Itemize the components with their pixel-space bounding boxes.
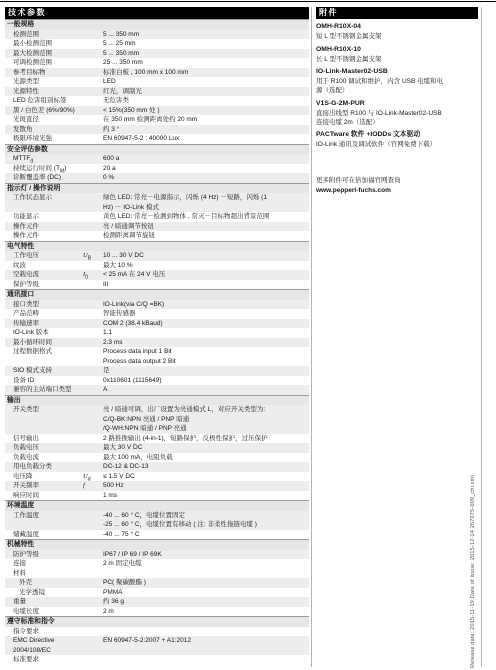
spec-row: 操作元件检测距离调节旋钮 bbox=[5, 231, 309, 241]
spec-value: 标准白板 , 100 mm x 100 mm bbox=[103, 68, 309, 78]
spec-section-header: 输出 bbox=[5, 395, 309, 406]
spec-symbol: I0 bbox=[83, 270, 103, 280]
spec-symbol bbox=[83, 578, 103, 588]
accessory-code: V1S-G-2M-PUR bbox=[316, 99, 478, 109]
right-edge-line bbox=[481, 7, 482, 667]
column-divider-line bbox=[311, 7, 312, 667]
accessory-code: PACTware 软件 +IODDs 文本驱动 bbox=[316, 130, 478, 140]
spec-row: MTTFd600 a bbox=[5, 154, 309, 164]
spec-label: 连接 bbox=[5, 559, 83, 569]
spec-row: LED 危害组别标签无危害类 bbox=[5, 96, 309, 106]
spec-label: 最小循环时间 bbox=[5, 338, 83, 348]
spec-symbol bbox=[83, 77, 103, 87]
spec-label: 工作电压 bbox=[5, 251, 83, 261]
spec-row: 响应时间1 ms bbox=[5, 491, 309, 501]
spec-label: EMC Directive 2004/108/EC bbox=[5, 636, 83, 655]
spec-label: 防护等级 bbox=[5, 550, 83, 560]
spec-value: 最大 100 mA，电阻负载 bbox=[103, 453, 309, 463]
spec-value: 0x110601 (1115649) bbox=[103, 376, 309, 386]
spec-symbol bbox=[83, 550, 103, 560]
accessories-footer: 更多附件可在倍加福官网查询 www.pepperl-fuchs.com bbox=[316, 176, 478, 196]
accessory-description: 用于 R100 调试和维护，内含 USB 电缆和电 bbox=[316, 77, 478, 86]
spec-value: COM 2 (38.4 kBaud) bbox=[103, 319, 309, 329]
spec-value: 亮 / 暗通调节按钮 bbox=[103, 222, 309, 232]
spec-row: 重量约 36 g bbox=[5, 597, 309, 607]
spec-row: 最小检测范围5 ... 25 mm bbox=[5, 39, 309, 49]
spec-label: 信号输出 bbox=[5, 434, 83, 444]
spec-label: 功能显示 bbox=[5, 212, 83, 222]
spec-label: 参考目标物 bbox=[5, 68, 83, 78]
spec-label: 用电负载分类 bbox=[5, 462, 83, 472]
spec-label: 负载电压 bbox=[5, 443, 83, 453]
spec-value: 2 路推挽输出 (4-in-1)，短路保护，反极性保护，过压保护 bbox=[103, 434, 309, 444]
spec-row: 光学透镜PMMA bbox=[5, 588, 309, 598]
accessory-code: OMH-R10X-04 bbox=[316, 22, 478, 32]
spec-label: 材料 bbox=[5, 569, 83, 579]
spec-value: 600 a bbox=[103, 154, 309, 164]
spec-row: 持续运行时间 (TM)20 a bbox=[5, 164, 309, 174]
spec-symbol bbox=[83, 125, 103, 135]
spec-row: 设备 ID0x110601 (1115649) bbox=[5, 376, 309, 386]
spec-value: 绿色 LED: 常亮－电源指示，闪烁 (4 Hz) －短路，闪烁 (1Hz) －… bbox=[103, 193, 309, 212]
spec-label: 纹波 bbox=[5, 261, 83, 271]
spec-value: 1.1 bbox=[103, 328, 309, 338]
spec-row: 开关类型亮 / 暗通可调，出厂设置为亮通模式 L，对应开关类型为:C/Q-BK:… bbox=[5, 405, 309, 434]
spec-value: 5 ... 25 mm bbox=[103, 39, 309, 49]
spec-value: ≤ 1.5 V DC bbox=[103, 472, 309, 482]
spec-value: LED bbox=[103, 77, 309, 87]
spec-symbol bbox=[83, 222, 103, 232]
tech-table: 一般规格检测范围5 ... 350 mm最小检测范围5 ... 25 mm最大检… bbox=[5, 19, 309, 665]
spec-value: III bbox=[103, 280, 309, 290]
accessory-description: 短 L 型不锈钢金属支架 bbox=[316, 32, 478, 41]
spec-value: 10 ... 30 V DC bbox=[103, 251, 309, 261]
spec-symbol bbox=[83, 491, 103, 501]
spec-row: 工作温度-40 ... 60 ° C，电缆位置固定-25 ... 60 ° C，… bbox=[5, 511, 309, 530]
spec-symbol bbox=[83, 597, 103, 607]
spec-symbol bbox=[83, 347, 103, 366]
accessories-list: OMH-R10X-04短 L 型不锈钢金属支架OMH-R10X-10长 L 型不… bbox=[316, 22, 478, 149]
spec-row: 储藏温度-40 ... 75 ° C bbox=[5, 530, 309, 540]
spec-value: < 15%(350 mm 处 ) bbox=[103, 106, 309, 116]
spec-symbol bbox=[83, 231, 103, 241]
spec-label: 工作状态显示 bbox=[5, 193, 83, 212]
spec-label: 检测范围 bbox=[5, 30, 83, 40]
spec-label: 产品范畴 bbox=[5, 309, 83, 319]
spec-label: 外壳 bbox=[5, 578, 83, 588]
spec-symbol bbox=[83, 58, 103, 68]
spec-row: 发散角约 3 ° bbox=[5, 125, 309, 135]
spec-symbol bbox=[83, 300, 103, 310]
spec-symbol bbox=[83, 49, 103, 59]
pepperl-fuchs-link[interactable]: www.pepperl-fuchs.com bbox=[316, 186, 478, 196]
spec-symbol bbox=[83, 261, 103, 271]
spec-label: 接口类型 bbox=[5, 300, 83, 310]
spec-row: 可调检测范围25 ... 350 mm bbox=[5, 58, 309, 68]
top-rule bbox=[0, 1, 496, 2]
accessory-description: 源（选配） bbox=[316, 86, 478, 95]
spec-value: 2 m bbox=[103, 607, 309, 617]
spec-value: PC( 聚碳酸酯 ) bbox=[103, 578, 309, 588]
spec-section-header: 电气特性 bbox=[5, 241, 309, 252]
spec-symbol bbox=[83, 511, 103, 530]
spec-symbol bbox=[83, 30, 103, 40]
spec-row: 过程数据格式Process data input 1 BitProcess da… bbox=[5, 347, 309, 366]
spec-value: 智能传感器 bbox=[103, 309, 309, 319]
spec-label: 可调检测范围 bbox=[5, 58, 83, 68]
spec-symbol bbox=[83, 636, 103, 655]
spec-row: EMC Directive 2004/108/ECEN 60947-5-2:20… bbox=[5, 636, 309, 655]
spec-section-header: 机械特性 bbox=[5, 539, 309, 550]
spec-label: 电缆长度 bbox=[5, 607, 83, 617]
spec-value: 2.3 ms bbox=[103, 338, 309, 348]
spec-row: 外壳PC( 聚碳酸酯 ) bbox=[5, 578, 309, 588]
spec-row: 材料 bbox=[5, 569, 309, 579]
spec-symbol bbox=[83, 366, 103, 376]
spec-row: 负载电流最大 100 mA，电阻负载 bbox=[5, 453, 309, 463]
spec-symbol: f bbox=[83, 481, 103, 491]
spec-symbol bbox=[83, 134, 103, 144]
spec-label: SIO 模式支持 bbox=[5, 366, 83, 376]
spec-value: 25 ... 350 mm bbox=[103, 58, 309, 68]
spec-row: 操作元件亮 / 暗通调节按钮 bbox=[5, 222, 309, 232]
spec-value bbox=[103, 627, 309, 637]
spec-row: 工作电压UB10 ... 30 V DC bbox=[5, 251, 309, 261]
spec-label: 最小检测范围 bbox=[5, 39, 83, 49]
spec-symbol bbox=[83, 530, 103, 540]
spec-value: -40 ... 75 ° C bbox=[103, 530, 309, 540]
spec-label: 设备 ID bbox=[5, 376, 83, 386]
spec-value: PMMA bbox=[103, 588, 309, 598]
spec-label: 光源特性 bbox=[5, 87, 83, 97]
spec-label: 工作温度 bbox=[5, 511, 83, 530]
spec-row: 光源特性红光，调制光 bbox=[5, 87, 309, 97]
spec-value: 2 m 固定电缆 bbox=[103, 559, 309, 569]
spec-symbol bbox=[83, 338, 103, 348]
spec-label: 操作元件 bbox=[5, 222, 83, 232]
spec-value: -40 ... 60 ° C，电缆位置固定-25 ... 60 ° C，电缆位置… bbox=[103, 511, 309, 530]
spec-row: 光斑直径在 350 mm 检测距离处约 20 mm bbox=[5, 115, 309, 125]
spec-label: 标准要求 bbox=[5, 655, 83, 665]
spec-row: 功能显示黄色 LED: 常亮－检测到物体 , 常灭－目标物超出背景范围 bbox=[5, 212, 309, 222]
spec-symbol bbox=[83, 115, 103, 125]
spec-row: 最大检测范围5 ... 350 mm bbox=[5, 49, 309, 59]
spec-symbol bbox=[83, 96, 103, 106]
spec-label: 光学透镜 bbox=[5, 588, 83, 598]
spec-row: 黑 / 白色差 (6%/90%)< 15%(350 mm 处 ) bbox=[5, 106, 309, 116]
spec-symbol bbox=[83, 68, 103, 78]
datasheet-page: 技术参数 一般规格检测范围5 ... 350 mm最小检测范围5 ... 25 … bbox=[0, 0, 496, 670]
spec-symbol bbox=[83, 87, 103, 97]
spec-row: 接口类型IO-Link(via C/Q =BK) bbox=[5, 300, 309, 310]
spec-value: 无危害类 bbox=[103, 96, 309, 106]
spec-value: < 25 mA 在 24 V 电压 bbox=[103, 270, 309, 280]
spec-symbol bbox=[83, 462, 103, 472]
spec-row: 空载电流I0< 25 mA 在 24 V 电压 bbox=[5, 270, 309, 280]
accessory-item: PACTware 软件 +IODDs 文本驱动IO-Link 通讯及调试软件（官… bbox=[316, 130, 478, 149]
spec-row: 传输速率COM 2 (38.4 kBaud) bbox=[5, 319, 309, 329]
accessory-description: 长 L 型不锈钢金属支架 bbox=[316, 55, 478, 64]
spec-label: 黑 / 白色差 (6%/90%) bbox=[5, 106, 83, 116]
spec-value: 20 a bbox=[103, 164, 309, 174]
spec-row: 开关频率f500 Hz bbox=[5, 481, 309, 491]
spec-symbol bbox=[83, 453, 103, 463]
spec-label: 光斑直径 bbox=[5, 115, 83, 125]
spec-symbol bbox=[83, 443, 103, 453]
accessory-description: 连接电缆 2m（选配） bbox=[316, 118, 478, 127]
spec-symbol bbox=[83, 376, 103, 386]
spec-row: 电压降Ud≤ 1.5 V DC bbox=[5, 472, 309, 482]
spec-symbol bbox=[83, 405, 103, 434]
spec-label: 电压降 bbox=[5, 472, 83, 482]
spec-value: 约 3 ° bbox=[103, 125, 309, 135]
spec-value: 黄色 LED: 常亮－检测到物体 , 常灭－目标物超出背景范围 bbox=[103, 212, 309, 222]
accessory-item: IO-Link-Master02-USB用于 R100 调试和维护，内含 USB… bbox=[316, 67, 478, 95]
spec-row: 工作状态显示绿色 LED: 常亮－电源指示，闪烁 (4 Hz) －短路，闪烁 (… bbox=[5, 193, 309, 212]
spec-value: 红光，调制光 bbox=[103, 87, 309, 97]
accessory-description: 直接出线型 R100 与 IO-Link-Master02-USB bbox=[316, 109, 478, 118]
spec-symbol bbox=[83, 385, 103, 395]
spec-label: 最大检测范围 bbox=[5, 49, 83, 59]
spec-label: 过程数据格式 bbox=[5, 347, 83, 366]
accessories-title: 附件 bbox=[316, 7, 478, 19]
spec-section-header: 通讯接口 bbox=[5, 289, 309, 300]
spec-section-header: 指示灯 / 操作说明 bbox=[5, 183, 309, 194]
accessory-description: IO-Link 通讯及调试软件（官网免费下载） bbox=[316, 140, 478, 149]
accessories-column: 附件 OMH-R10X-04短 L 型不锈钢金属支架OMH-R10X-10长 L… bbox=[316, 7, 478, 196]
spec-symbol bbox=[83, 154, 103, 164]
spec-label: 极限环境光强 bbox=[5, 134, 83, 144]
spec-label: 响应时间 bbox=[5, 491, 83, 501]
spec-label: 传输速率 bbox=[5, 319, 83, 329]
spec-symbol bbox=[83, 280, 103, 290]
spec-label: 负载电流 bbox=[5, 453, 83, 463]
spec-value: 亮 / 暗通可调，出厂设置为亮通模式 L，对应开关类型为:C/Q-BK:NPN … bbox=[103, 405, 309, 434]
spec-row: 用电负载分类DC-12 & DC-13 bbox=[5, 462, 309, 472]
spec-row: 信号输出2 路推挽输出 (4-in-1)，短路保护，反极性保护，过压保护 bbox=[5, 434, 309, 444]
spec-value: Process data input 1 BitProcess data out… bbox=[103, 347, 309, 366]
spec-label: 持续运行时间 (TM) bbox=[5, 164, 83, 174]
spec-value: 约 36 g bbox=[103, 597, 309, 607]
spec-section-header: 一般规格 bbox=[5, 19, 309, 30]
spec-value: 检测距离调节旋钮 bbox=[103, 231, 309, 241]
spec-symbol bbox=[83, 212, 103, 222]
spec-symbol bbox=[83, 328, 103, 338]
spec-row: 产品范畴智能传感器 bbox=[5, 309, 309, 319]
spec-value: 1 ms bbox=[103, 491, 309, 501]
spec-row: 标准要求 bbox=[5, 655, 309, 665]
accessory-code: OMH-R10X-10 bbox=[316, 45, 478, 55]
spec-symbol: UB bbox=[83, 251, 103, 261]
spec-row: 纹波最大 10 % bbox=[5, 261, 309, 271]
spec-label: 开关频率 bbox=[5, 481, 83, 491]
spec-label: 操作元件 bbox=[5, 231, 83, 241]
spec-symbol bbox=[83, 655, 103, 665]
spec-symbol bbox=[83, 309, 103, 319]
spec-value: IP67 / IP 69 / IP 69K bbox=[103, 550, 309, 560]
spec-value: A bbox=[103, 385, 309, 395]
spec-label: IO-Link 版本 bbox=[5, 328, 83, 338]
spec-symbol bbox=[83, 434, 103, 444]
spec-label: 保护等级 bbox=[5, 280, 83, 290]
spec-row: 防护等级IP67 / IP 69 / IP 69K bbox=[5, 550, 309, 560]
spec-row: 保护等级III bbox=[5, 280, 309, 290]
technical-parameters-title: 技术参数 bbox=[5, 7, 309, 19]
spec-value: EN 60947-5-2 : 40000 Lux bbox=[103, 134, 309, 144]
spec-value: 最大 10 % bbox=[103, 261, 309, 271]
spec-label: 光源类型 bbox=[5, 77, 83, 87]
spec-symbol bbox=[83, 627, 103, 637]
more-accessories-note: 更多附件可在倍加福官网查询 bbox=[316, 176, 478, 186]
spec-symbol bbox=[83, 164, 103, 174]
spec-value: 0 % bbox=[103, 173, 309, 183]
spec-value: 500 Hz bbox=[103, 481, 309, 491]
spec-symbol bbox=[83, 569, 103, 579]
spec-value: 最大 30 V DC bbox=[103, 443, 309, 453]
spec-value: 在 350 mm 检测距离处约 20 mm bbox=[103, 115, 309, 125]
spec-label: 指令要求 bbox=[5, 627, 83, 637]
accessory-code: IO-Link-Master02-USB bbox=[316, 67, 478, 77]
spec-label: MTTFd bbox=[5, 154, 83, 164]
spec-value: EN 60947-5-2:2007 + A1:2012 bbox=[103, 636, 309, 655]
spec-section-header: 遵守标准和指令 bbox=[5, 616, 309, 627]
spec-label: LED 危害组别标签 bbox=[5, 96, 83, 106]
spec-symbol bbox=[83, 319, 103, 329]
spec-row: 参考目标物标准白板 , 100 mm x 100 mm bbox=[5, 68, 309, 78]
spec-row: 指令要求 bbox=[5, 627, 309, 637]
spec-symbol bbox=[83, 39, 103, 49]
spec-row: 诊断覆盖率 (DC)0 % bbox=[5, 173, 309, 183]
spec-symbol bbox=[83, 607, 103, 617]
spec-value: DC-12 & DC-13 bbox=[103, 462, 309, 472]
spec-row: 电缆长度2 m bbox=[5, 607, 309, 617]
spec-value bbox=[103, 569, 309, 579]
spec-label: 重量 bbox=[5, 597, 83, 607]
spec-label: 兼容的主站端口类型 bbox=[5, 385, 83, 395]
spec-symbol bbox=[83, 173, 103, 183]
spec-section-header: 环境温度 bbox=[5, 500, 309, 511]
spec-row: 负载电压最大 30 V DC bbox=[5, 443, 309, 453]
spec-row: 连接2 m 固定电缆 bbox=[5, 559, 309, 569]
spec-row: IO-Link 版本1.1 bbox=[5, 328, 309, 338]
spec-row: 检测范围5 ... 350 mm bbox=[5, 30, 309, 40]
spec-label: 空载电流 bbox=[5, 270, 83, 280]
spec-row: 兼容的主站端口类型A bbox=[5, 385, 309, 395]
spec-label: 诊断覆盖率 (DC) bbox=[5, 173, 83, 183]
spec-value: 5 ... 350 mm bbox=[103, 30, 309, 40]
spec-value: IO-Link(via C/Q =BK) bbox=[103, 300, 309, 310]
spec-symbol: Ud bbox=[83, 472, 103, 482]
spec-section-header: 安全评估参数 bbox=[5, 144, 309, 155]
spec-row: 极限环境光强EN 60947-5-2 : 40000 Lux bbox=[5, 134, 309, 144]
spec-row: 最小循环时间2.3 ms bbox=[5, 338, 309, 348]
spec-value bbox=[103, 655, 309, 665]
spec-row: 光源类型LED bbox=[5, 77, 309, 87]
spec-symbol bbox=[83, 106, 103, 116]
spec-value: 是 bbox=[103, 366, 309, 376]
spec-symbol bbox=[83, 588, 103, 598]
spec-label: 发散角 bbox=[5, 125, 83, 135]
technical-parameters-column: 技术参数 一般规格检测范围5 ... 350 mm最小检测范围5 ... 25 … bbox=[5, 7, 309, 665]
spec-label: 开关类型 bbox=[5, 405, 83, 434]
spec-value: 5 ... 350 mm bbox=[103, 49, 309, 59]
accessory-item: OMH-R10X-10长 L 型不锈钢金属支架 bbox=[316, 45, 478, 64]
accessory-item: V1S-G-2M-PUR直接出线型 R100 与 IO-Link-Master0… bbox=[316, 99, 478, 127]
document-revision-sidebar-text: Release date: 2015-11-19 Date of issue: … bbox=[470, 475, 476, 668]
accessory-item: OMH-R10X-04短 L 型不锈钢金属支架 bbox=[316, 22, 478, 41]
spec-label: 储藏温度 bbox=[5, 530, 83, 540]
spec-symbol bbox=[83, 193, 103, 212]
spec-row: SIO 模式支持是 bbox=[5, 366, 309, 376]
spec-symbol bbox=[83, 559, 103, 569]
